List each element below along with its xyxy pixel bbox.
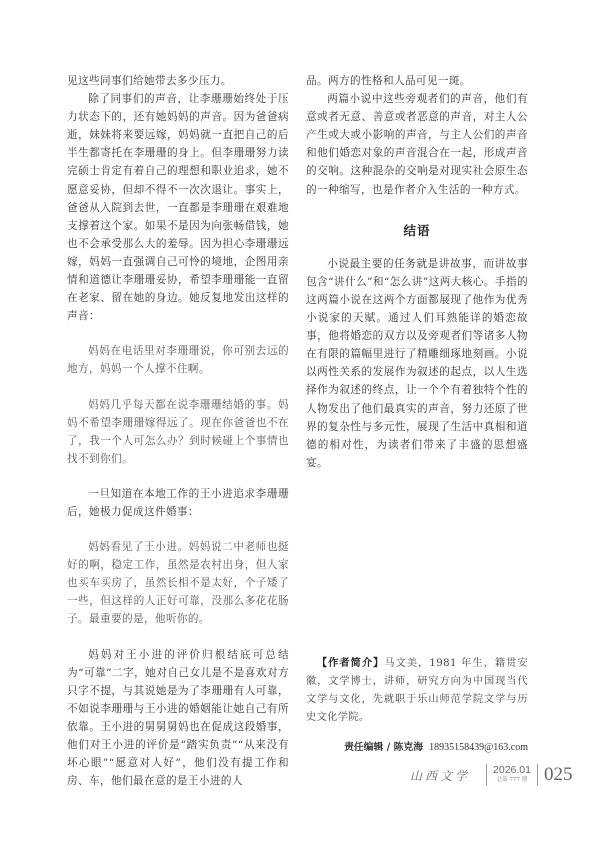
quotation: 妈妈几乎每天都在说李珊珊结婚的事。妈妈不希望李珊珊嫁得远了。现在你爸爸也不在了，… xyxy=(67,396,289,468)
total-issue: 总第 777 期 xyxy=(497,775,528,785)
paragraph: 一旦知道在本地工作的王小进追求李珊珊后，她极力促成这件婚事： xyxy=(67,485,289,521)
author-bio: 【作者简介】马文美，1981 年生，籍贯安徽，文学博士，讲师，研究方向为中国现当… xyxy=(306,655,528,727)
quotation: 妈妈看见了王小进。妈妈说二中老师也挺好的啊，稳定工作，虽然是农村出身，但人家也买… xyxy=(67,538,289,628)
paragraph: 见这些同事们给她带去多少压力。 xyxy=(67,72,289,90)
paragraph: 品。两方的性格和人品可见一斑。 xyxy=(306,72,528,90)
author-bio-label: 【作者简介】 xyxy=(316,658,384,669)
editor-label: 责任编辑 / 陈克海 xyxy=(344,742,423,753)
page-number: 025 xyxy=(544,764,573,786)
editor-credit: 责任编辑 / 陈克海18935158439@163.com xyxy=(306,739,528,753)
left-column: 见这些同事们给她带去多少压力。 除了同事们的声音，让李珊珊始终处于压力状态下的，… xyxy=(67,72,289,790)
issue-info: 2026.01 总第 777 期 xyxy=(493,765,531,785)
divider xyxy=(537,764,538,786)
editor-email: 18935158439@163.com xyxy=(429,742,528,753)
divider xyxy=(486,764,487,786)
right-column: 品。两方的性格和人品可见一斑。 两篇小说中这些旁观者们的声音，他们有意或者无意、… xyxy=(306,72,528,472)
quotation: 妈妈在电话里对李珊珊说，你可别去远的地方，妈妈一个人撑不住啊。 xyxy=(67,342,289,378)
page-footer: 山西文学 2026.01 总第 777 期 025 xyxy=(410,762,572,788)
paragraph: 小说最主要的任务就是讲故事，而讲故事包含“讲什么”和“怎么讲”这两大核心。手指的… xyxy=(306,255,528,472)
paragraph: 两篇小说中这些旁观者们的声音，他们有意或者无意、善意或者恶意的声音，对主人公产生… xyxy=(306,90,528,199)
issue-date: 2026.01 xyxy=(493,765,531,775)
paragraph: 除了同事们的声音，让李珊珊始终处于压力状态下的，还有她妈妈的声音。因为爸爸病逝，… xyxy=(67,90,289,325)
section-title: 结语 xyxy=(306,222,528,240)
magazine-logo: 山西文学 xyxy=(410,767,470,784)
paragraph: 妈妈对王小进的评价归根结底可总结为“可靠”二字，她对自己女儿是不是喜欢对方只字不… xyxy=(67,646,289,791)
